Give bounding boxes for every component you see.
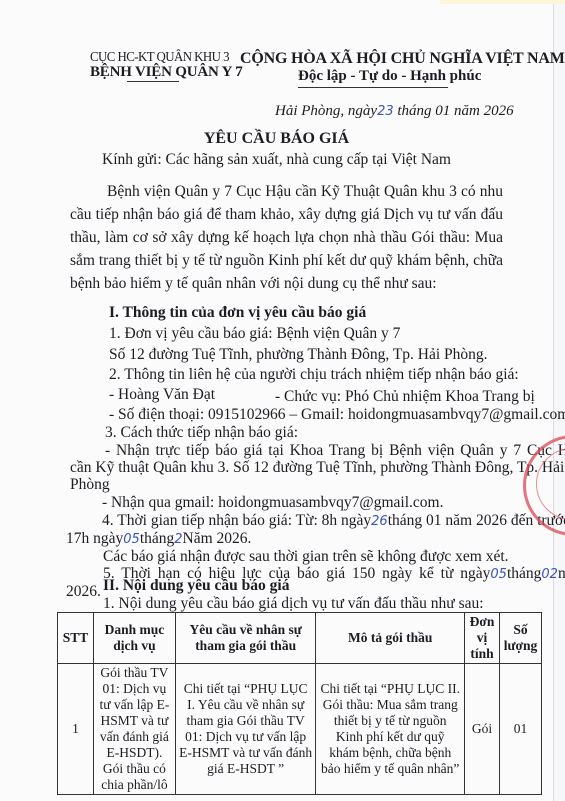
receive-time-hour: 17h ngày <box>66 530 123 547</box>
cell-quantity: 01 <box>499 664 541 795</box>
col-header-service: Danh mục dịch vụ <box>93 613 175 664</box>
cell-service: Gói thầu TV 01: Dịch vụ tư vấn lập E-HSM… <box>93 664 175 795</box>
validity-suffix: năm <box>558 565 565 582</box>
recipient-line: Kính gửi: Các hãng sản xuất, nhà cung cấ… <box>0 151 553 169</box>
validity-line2: 2026. <box>66 583 101 601</box>
col-header-personnel: Yêu cầu về nhân sự tham gia gói thầu <box>175 613 316 664</box>
col-header-description: Mô tả gói thầu <box>316 613 465 664</box>
col-header-unit: Đơn vị tính <box>464 613 499 664</box>
cell-unit: Gói <box>464 664 499 795</box>
requester-line: 1. Đơn vị yêu cầu báo giá: Bệnh viện Quâ… <box>109 325 400 343</box>
scan-edge <box>440 0 565 4</box>
hospital-name: BỆNH VIỆN QUÂN Y 7 <box>90 64 243 81</box>
receive-email: - Nhận qua gmail: hoidongmuasambvqy7@gma… <box>102 494 443 512</box>
cell-personnel: Chi tiết tại “PHỤ LỤC I. Yêu cầu về nhân… <box>175 664 316 795</box>
nation-name: CỘNG HÒA XÃ HỘI CHỦ NGHĨA VIỆT NAM <box>240 50 565 68</box>
handwritten-day: 23 <box>377 104 394 119</box>
date-suffix: tháng 01 năm 2026 <box>397 103 513 119</box>
hospital-underline <box>127 81 179 82</box>
handwritten-start-day: 26 <box>371 514 388 529</box>
receive-direct-line3: Phòng <box>70 476 110 494</box>
receive-method-heading: 3. Cách thức tiếp nhận báo giá: <box>105 424 298 442</box>
handwritten-validity-month: 02 <box>541 567 558 582</box>
document-date: Hải Phòng, ngày23 tháng 01 năm 2026 <box>275 103 514 120</box>
motto-underline <box>298 87 448 88</box>
cell-description: Chi tiết tại “PHỤ LỤC II. Gói thầu: Mua … <box>316 664 465 795</box>
receive-direct-line2: cần Kỹ thuật Quân khu 3. Số 12 đường Tuệ… <box>70 459 564 477</box>
table-row: 1 Gói thầu TV 01: Dịch vụ tư vấn lập E-H… <box>58 664 542 795</box>
document-page: CỤC HC-KT QUÂN KHU 3 BỆNH VIỆN QUÂN Y 7 … <box>0 0 554 801</box>
section1-heading: I. Thông tin của đơn vị yêu cầu báo giá <box>109 304 366 322</box>
section2-heading: II. Nội dung yêu cầu báo giá <box>103 577 289 595</box>
date-prefix: Hải Phòng, ngày <box>275 103 377 119</box>
requester-address: Số 12 đường Tuệ Tĩnh, phường Thành Đông,… <box>109 346 488 364</box>
receive-time-year: Năm 2026. <box>183 530 252 547</box>
handwritten-validity-day: 05 <box>490 567 507 582</box>
receive-time-prefix: 4. Thời gian tiếp nhận báo giá: Từ: 8h n… <box>102 512 371 529</box>
intro-paragraph: Bệnh viện Quân y 7 Cục Hậu cần Kỹ Thuật … <box>70 180 503 295</box>
late-notice: Các báo giá nhận được sau thời gian trên… <box>103 548 509 566</box>
col-header-quantity: Số lượng <box>499 613 541 664</box>
month-label: tháng <box>140 530 174 547</box>
table-header-row: STT Danh mục dịch vụ Yêu cầu về nhân sự … <box>58 613 542 664</box>
contact-name: - Hoàng Văn Đạt <box>109 386 215 404</box>
document-title: YÊU CẦU BÁO GIÁ <box>0 130 553 148</box>
handwritten-end-month: 2 <box>174 532 182 547</box>
handwritten-end-day: 05 <box>123 532 140 547</box>
validity-month-label: tháng <box>507 565 541 582</box>
section2-item1: 1. Nội dung yêu cầu báo giá dịch vụ tư v… <box>103 595 484 613</box>
contact-heading: 2. Thông tin liên hệ của người chịu trác… <box>109 366 519 384</box>
national-motto: Độc lập - Tự do - Hạnh phúc <box>298 68 481 85</box>
receive-time-line1: 4. Thời gian tiếp nhận báo giá: Từ: 8h n… <box>102 512 565 530</box>
cell-stt: 1 <box>58 664 94 795</box>
service-table: STT Danh mục dịch vụ Yêu cầu về nhân sự … <box>57 612 542 795</box>
receive-direct-line1: - Nhận trực tiếp báo giá tại Khoa Trang … <box>105 442 565 460</box>
col-header-stt: STT <box>58 613 94 664</box>
contact-position: - Chức vụ: Phó Chủ nhiệm Khoa Trang bị <box>275 388 535 406</box>
contact-phone-email: - Số điện thoại: 0915102966 – Gmail: hoi… <box>109 406 565 424</box>
receive-time-line2: 17h ngày05tháng2Năm 2026. <box>66 530 251 548</box>
